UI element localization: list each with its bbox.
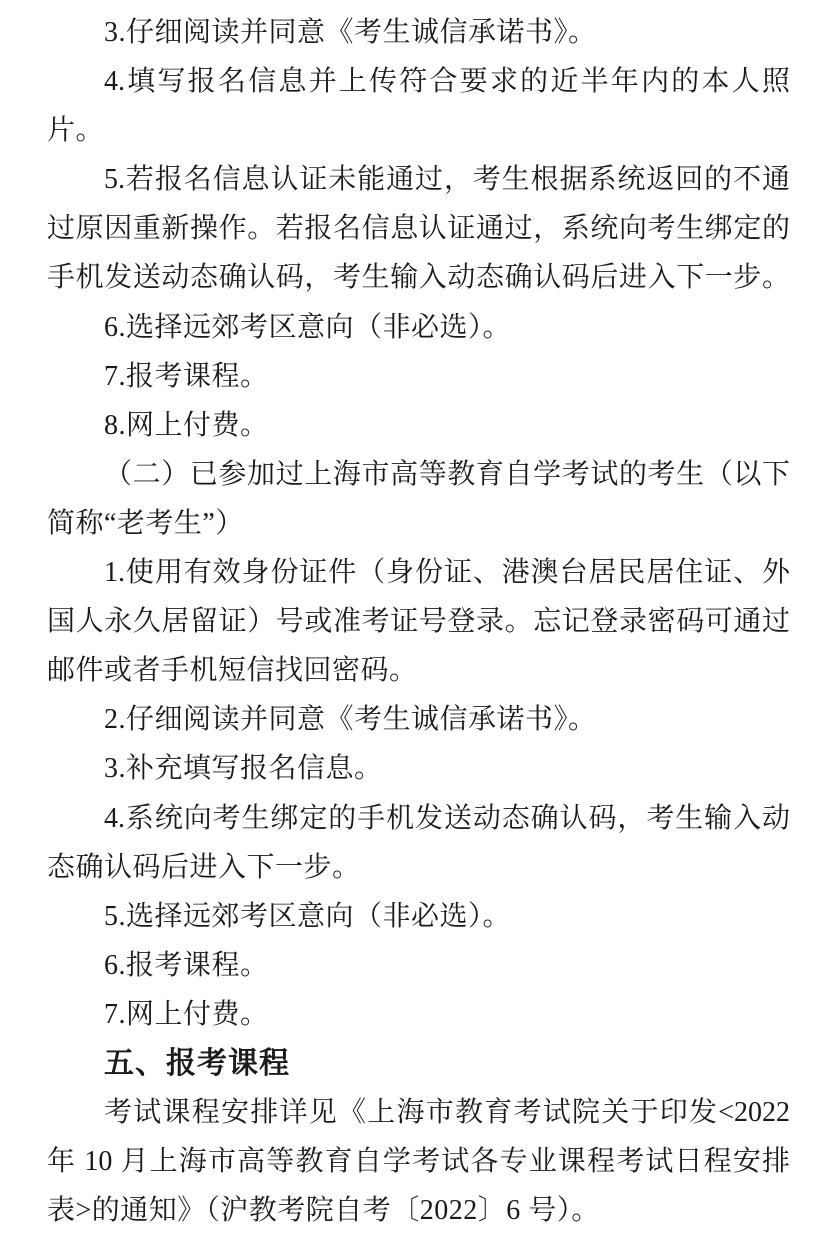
text-line: 手机发送动态确认码，考生输入动态确认码后进入下一步。	[47, 253, 790, 302]
text-line: 考试课程安排详见《上海市教育考试院关于印发<2022	[47, 1088, 790, 1137]
section-heading: 五、报考课程	[47, 1039, 790, 1088]
text-line: 5.选择远郊考区意向（非必选）。	[47, 892, 790, 941]
text-line: 过原因重新操作。若报名信息认证通过，系统向考生绑定的	[47, 204, 790, 253]
text-line: 7.网上付费。	[47, 990, 790, 1039]
text-line: 简称“老考生”）	[47, 499, 790, 548]
text-line: 片。	[47, 106, 790, 155]
text-line: 6.报考课程。	[47, 941, 790, 990]
text-line: 7.报考课程。	[47, 352, 790, 401]
text-line: （二）已参加过上海市高等教育自学考试的考生（以下	[47, 450, 790, 499]
text-line: 邮件或者手机短信找回密码。	[47, 646, 790, 695]
text-line: 8.网上付费。	[47, 401, 790, 450]
text-line: 年 10 月上海市高等教育自学考试各专业课程考试日程安排	[47, 1137, 790, 1186]
text-line: 2.仔细阅读并同意《考生诚信承诺书》。	[47, 695, 790, 744]
text-line: 表>的通知》（沪教考院自考〔2022〕6 号）。	[47, 1186, 790, 1235]
text-line: 6.选择远郊考区意向（非必选）。	[47, 303, 790, 352]
text-line: 1.使用有效身份证件（身份证、港澳台居民居住证、外	[47, 548, 790, 597]
text-line: 5.若报名信息认证未能通过，考生根据系统返回的不通	[47, 155, 790, 204]
text-line: 3.补充填写报名信息。	[47, 744, 790, 793]
document-text-block: 3.仔细阅读并同意《考生诚信承诺书》。4.填写报名信息并上传符合要求的近半年内的…	[0, 0, 840, 1235]
text-line: 3.仔细阅读并同意《考生诚信承诺书》。	[47, 8, 790, 57]
text-line: 态确认码后进入下一步。	[47, 843, 790, 892]
text-line: 4.填写报名信息并上传符合要求的近半年内的本人照	[47, 57, 790, 106]
text-line: 4.系统向考生绑定的手机发送动态确认码，考生输入动	[47, 794, 790, 843]
text-line: 国人永久居留证）号或准考证号登录。忘记登录密码可通过	[47, 597, 790, 646]
document-page: 3.仔细阅读并同意《考生诚信承诺书》。4.填写报名信息并上传符合要求的近半年内的…	[0, 0, 840, 1242]
